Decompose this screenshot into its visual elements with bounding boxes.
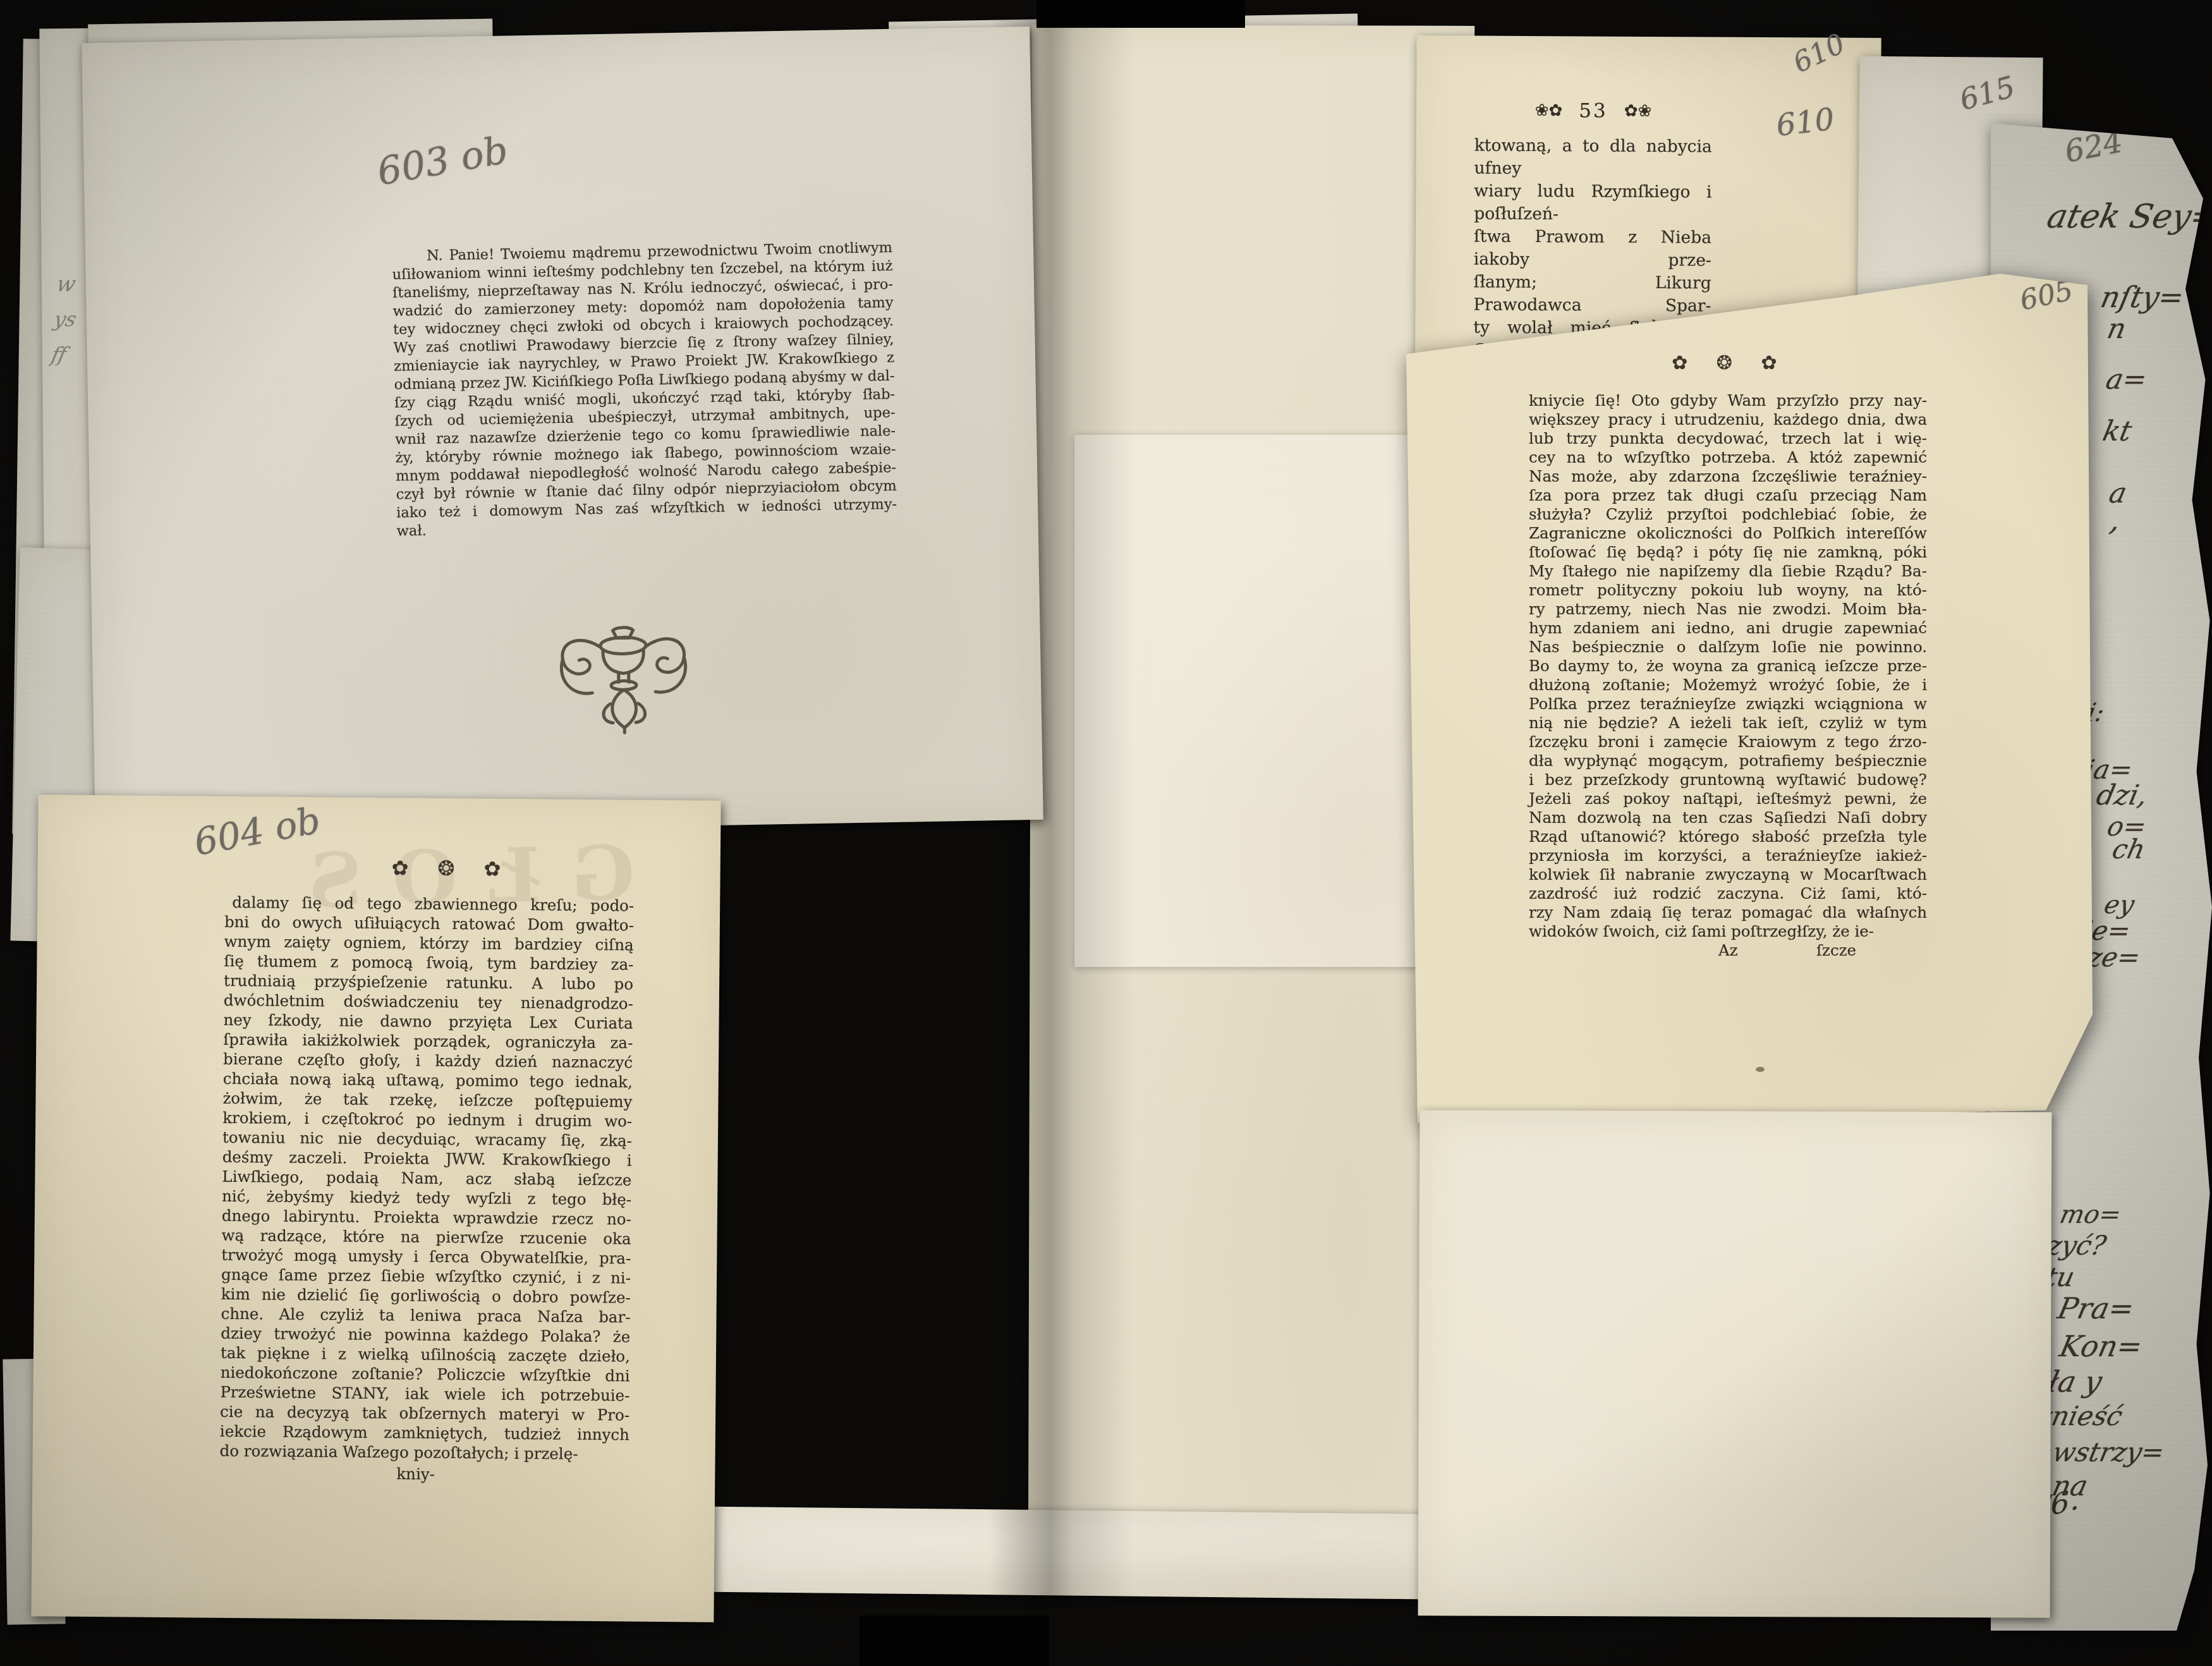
- signature-mark: Az: [1718, 941, 1738, 959]
- margin-fragment: mo=: [2057, 1200, 2124, 1229]
- page-top-left: 603 ob N. Panie! Twoiemu mądremu przewod…: [82, 27, 1043, 836]
- margin-fragment: zyć?: [2045, 1230, 2109, 1261]
- folio-mark-610-b: 610: [1775, 102, 1837, 143]
- scan-canvas: wysff ❀✿ 53 ✿❀ ktowaną, a to dla nabycia…: [0, 0, 2212, 1666]
- margin-fragment: Pra=: [2055, 1291, 2137, 1325]
- tailpiece-ornament-icon: [547, 620, 700, 736]
- text-line: Bo daymy to, że woyna za granicą ieſzcze…: [1529, 657, 1927, 676]
- glos-ornament-row: ✿ ❂ ✿: [1672, 352, 1788, 374]
- text-line: Nas może, aby zdarzona ſzczęśliwie teraź…: [1529, 467, 1927, 486]
- top-notch: [1036, 0, 1245, 28]
- glos-text: kniycie ſię! Oto gdyby Wam przyſzło przy…: [1529, 391, 1927, 941]
- bottom-left-catchword-row: kniy-: [219, 1463, 629, 1467]
- page-53-header: ❀✿ 53 ✿❀: [1498, 99, 1688, 123]
- text-line: Nam dozwolą na ten czas Sąſiedzi Naſi do…: [1529, 808, 1927, 827]
- floral-sprig-left-icon: ❀✿: [1535, 101, 1563, 120]
- text-line: widoków ſwoich, ciż ſami poſtrzegłſzy, ż…: [1529, 922, 1927, 941]
- text-line: ktowaną, a to dla nabycia ufney: [1474, 135, 1711, 181]
- text-line: kniycie ſię! Oto gdyby Wam przyſzło przy…: [1529, 391, 1927, 410]
- text-line: rometr polityczny pokoiu lub woyny, na k…: [1529, 581, 1927, 600]
- text-line: większey pracy i utrudzeniu, każdego dni…: [1529, 410, 1927, 429]
- text-line: ſtwa Prawom z Nieba iakoby prze-: [1474, 226, 1711, 272]
- page-glos: 605 ✿ ❂ ✿ kniycie ſię! Oto gdyby Wam prz…: [1406, 269, 2095, 1125]
- text-line: nią nie będzie? A ieżeli tak ieſt, czyli…: [1529, 714, 1927, 733]
- text-line: dła wypłynąć mogącym, potrafiemy beśpiec…: [1529, 751, 1927, 770]
- text-line: ſzczęku broni i zamęcie Kraiowym z tego …: [1529, 733, 1927, 751]
- top-left-text: N. Panie! Twoiemu mądremu przewodnictwu …: [392, 239, 897, 541]
- page-number: 53: [1579, 99, 1608, 122]
- text-line: ſza pora przez tak długi czaſu przeciąg …: [1529, 486, 1927, 505]
- text-line: cey na to wſzyſtko potrzeba. A któż zape…: [1529, 448, 1927, 467]
- margin-fragment: Kon=: [2057, 1329, 2145, 1363]
- text-line: Polſka przez teraźnieyſze związki wciągn…: [1529, 695, 1927, 714]
- text-line: hym zdaniem ani iedno, ani drugie zapewn…: [1529, 619, 1927, 638]
- folio-mark-605: 605: [2017, 274, 2076, 317]
- catchword: kniy-: [396, 1464, 435, 1483]
- margin-fragment: w: [54, 272, 78, 297]
- text-line: Nas beśpiecznie o dalſzym loſie nie powi…: [1529, 638, 1927, 657]
- margin-fragment: ff: [49, 343, 69, 367]
- sheet-below-right: [1418, 1110, 2052, 1617]
- text-line: Jeżeli zaś pokoy naſtąpi, ieſteśmyż pewn…: [1529, 789, 1927, 808]
- sheet-fore-edge-bottom: [710, 1507, 1479, 1600]
- bottom-notch: [860, 1615, 1049, 1666]
- ornament-speck: [1756, 1067, 1765, 1072]
- text-line: Zagraniczne okoliczności do Polſkich int…: [1529, 524, 1927, 543]
- text-line: do rozwiązania Waſzego pozoſtałych; i pr…: [220, 1441, 629, 1464]
- text-line: Rząd uſtanowić? którego słabość przeſzła…: [1529, 827, 1927, 846]
- folio-mark-615: 615: [1956, 70, 2019, 118]
- floral-sprig-right-icon: ✿❀: [1624, 102, 1652, 121]
- bottom-left-ornament-row: ✿ ❂ ✿: [392, 856, 513, 881]
- text-line: dłużoną zoſtanie; Możemyż wrożyć ſobie, …: [1529, 676, 1927, 695]
- page-glos-paper: 605 ✿ ❂ ✿ kniycie ſię! Oto gdyby Wam prz…: [1406, 269, 2095, 1125]
- text-line: rzy Nam zdaią ſię teraz pomagać dla właſ…: [1529, 903, 1927, 922]
- text-line: i bez przeſzkody gruntowną wyſtawić budo…: [1529, 770, 1927, 789]
- bottom-left-text: dalamy ſię od tego zbawiennego kreſu; po…: [220, 892, 635, 1464]
- text-line: ry patrzemy, niech Nas nie zwodzi. Moim …: [1529, 600, 1927, 619]
- text-line: służyła? Czyliż przyſtoi podchlebiać ſob…: [1529, 505, 1927, 524]
- text-line: przyniosła im korzyści, a teraźnieyſze i…: [1529, 846, 1927, 865]
- folio-mark-603: 603 ob: [374, 128, 511, 194]
- text-line: My ſtałego nie napiſzemy dla ſiebie Rząd…: [1529, 562, 1927, 581]
- text-line: kolwiek ſił nabranie zwyczayną w Mocarſt…: [1529, 865, 1927, 884]
- catchword: ſzcze: [1816, 941, 1856, 959]
- text-line: wiary ludu Rzymſkiego i poſłuſzeń-: [1474, 180, 1711, 227]
- text-line: ſtoſować ſię będą? i póty ſię nie zamkną…: [1529, 543, 1927, 562]
- text-line: zazdrość iuż rodzić zaczyna. Ciż ſami, k…: [1529, 884, 1927, 903]
- text-line: lub trzy punkta decydować, trzech lat i …: [1529, 429, 1927, 448]
- page-bottom-left: GŁOS 604 ob ✿ ❂ ✿ dalamy ſię od tego zba…: [31, 794, 720, 1622]
- folio-mark-610-a: 610: [1788, 27, 1850, 79]
- margin-fragment: ys: [52, 307, 79, 331]
